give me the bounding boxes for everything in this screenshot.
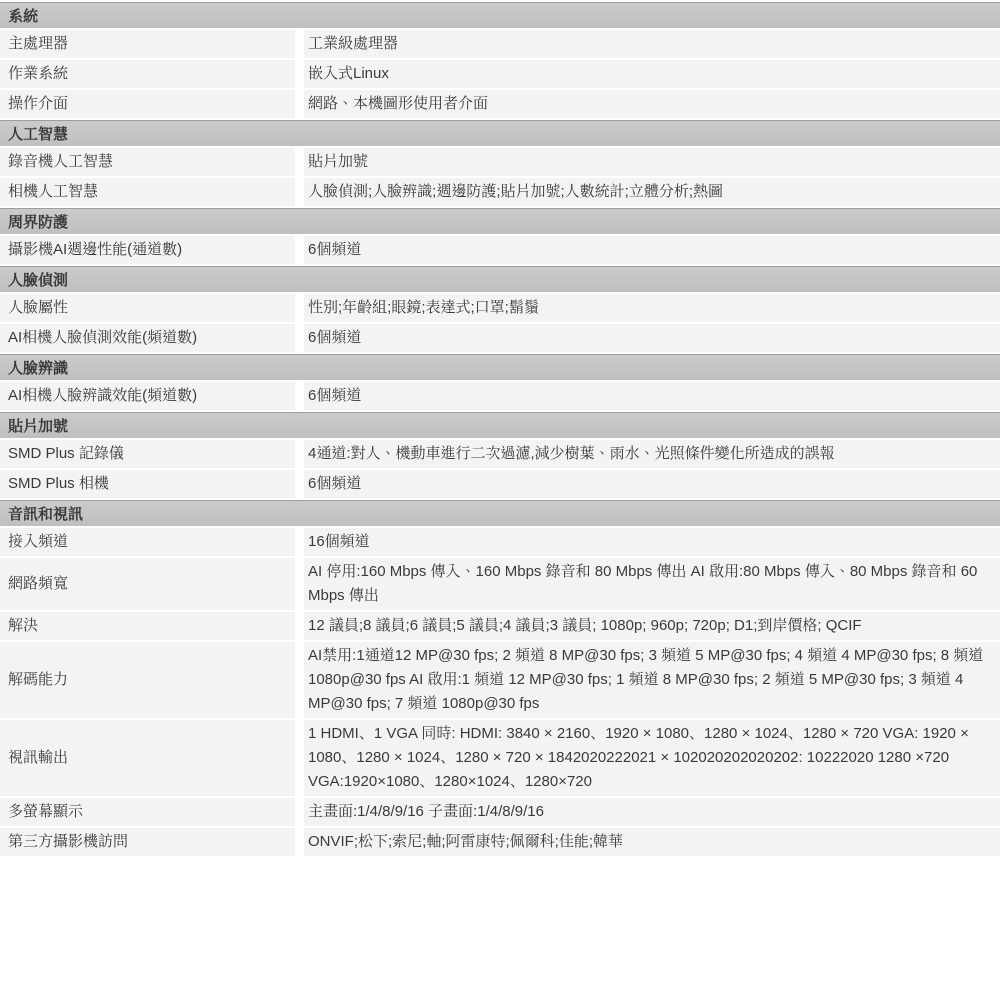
spec-label: SMD Plus 相機 bbox=[0, 470, 295, 498]
spec-row: 視訊輸出1 HDMI、1 VGA 同時: HDMI: 3840 × 2160、1… bbox=[0, 720, 1000, 796]
section-header: 人工智慧 bbox=[0, 120, 1000, 146]
spec-value: 4通道:對人、機動車進行二次過濾,減少樹葉、雨水、光照條件變化所造成的誤報 bbox=[304, 440, 1000, 468]
spec-value: 6個頻道 bbox=[304, 382, 1000, 410]
section-header: 系統 bbox=[0, 2, 1000, 28]
spec-value: 12 議員;8 議員;6 議員;5 議員;4 議員;3 議員; 1080p; 9… bbox=[304, 612, 1000, 640]
spec-value: AI 停用:160 Mbps 傳入、160 Mbps 錄音和 80 Mbps 傳… bbox=[304, 558, 1000, 610]
spec-label: 多螢幕顯示 bbox=[0, 798, 295, 826]
spec-row: 第三方攝影機訪問ONVIF;松下;索尼;軸;阿雷康特;佩爾科;佳能;韓華 bbox=[0, 828, 1000, 856]
spec-label: 解碼能力 bbox=[0, 642, 295, 718]
spec-label: AI相機人臉辨識效能(頻道數) bbox=[0, 382, 295, 410]
section-title: 系統 bbox=[8, 5, 38, 26]
spec-row: 作業系統嵌入式Linux bbox=[0, 60, 1000, 88]
spec-table: 系統主處理器工業級處理器作業系統嵌入式Linux操作介面網路、本機圖形使用者介面… bbox=[0, 0, 1000, 856]
spec-row: SMD Plus 相機6個頻道 bbox=[0, 470, 1000, 498]
spec-row: 操作介面網路、本機圖形使用者介面 bbox=[0, 90, 1000, 118]
spec-row: 解決12 議員;8 議員;6 議員;5 議員;4 議員;3 議員; 1080p;… bbox=[0, 612, 1000, 640]
spec-label: 視訊輸出 bbox=[0, 720, 295, 796]
spec-label: 人臉屬性 bbox=[0, 294, 295, 322]
spec-label: 錄音機人工智慧 bbox=[0, 148, 295, 176]
section-title: 人臉偵測 bbox=[8, 269, 68, 290]
section-title: 音訊和視訊 bbox=[8, 503, 83, 524]
section-title: 人工智慧 bbox=[8, 123, 68, 144]
spec-label: 相機人工智慧 bbox=[0, 178, 295, 206]
spec-row: AI相機人臉偵測效能(頻道數)6個頻道 bbox=[0, 324, 1000, 352]
spec-label: 解決 bbox=[0, 612, 295, 640]
spec-row: 攝影機AI週邊性能(通道數)6個頻道 bbox=[0, 236, 1000, 264]
spec-value: 6個頻道 bbox=[304, 236, 1000, 264]
spec-label: 第三方攝影機訪問 bbox=[0, 828, 295, 856]
spec-value: ONVIF;松下;索尼;軸;阿雷康特;佩爾科;佳能;韓華 bbox=[304, 828, 1000, 856]
spec-row: 解碼能力AI禁用:1通道12 MP@30 fps; 2 頻道 8 MP@30 f… bbox=[0, 642, 1000, 718]
spec-value: AI禁用:1通道12 MP@30 fps; 2 頻道 8 MP@30 fps; … bbox=[304, 642, 1000, 718]
section-title: 人臉辨識 bbox=[8, 357, 68, 378]
spec-value: 1 HDMI、1 VGA 同時: HDMI: 3840 × 2160、1920 … bbox=[304, 720, 1000, 796]
spec-value: 嵌入式Linux bbox=[304, 60, 1000, 88]
spec-label: 攝影機AI週邊性能(通道數) bbox=[0, 236, 295, 264]
spec-value: 性別;年齡組;眼鏡;表達式;口罩;鬍鬚 bbox=[304, 294, 1000, 322]
spec-value: 6個頻道 bbox=[304, 324, 1000, 352]
spec-row: 接入頻道16個頻道 bbox=[0, 528, 1000, 556]
spec-value: 6個頻道 bbox=[304, 470, 1000, 498]
spec-label: 操作介面 bbox=[0, 90, 295, 118]
spec-label: AI相機人臉偵測效能(頻道數) bbox=[0, 324, 295, 352]
spec-value: 工業級處理器 bbox=[304, 30, 1000, 58]
spec-row: 錄音機人工智慧貼片加號 bbox=[0, 148, 1000, 176]
spec-value: 網路、本機圖形使用者介面 bbox=[304, 90, 1000, 118]
spec-value: 貼片加號 bbox=[304, 148, 1000, 176]
spec-label: SMD Plus 記錄儀 bbox=[0, 440, 295, 468]
section-header: 貼片加號 bbox=[0, 412, 1000, 438]
spec-value: 16個頻道 bbox=[304, 528, 1000, 556]
spec-label: 網路頻寬 bbox=[0, 558, 295, 610]
spec-label: 主處理器 bbox=[0, 30, 295, 58]
spec-value: 主畫面:1/4/8/9/16 子畫面:1/4/8/9/16 bbox=[304, 798, 1000, 826]
spec-row: 相機人工智慧人臉偵測;人臉辨識;週邊防護;貼片加號;人數統計;立體分析;熱圖 bbox=[0, 178, 1000, 206]
spec-row: 主處理器工業級處理器 bbox=[0, 30, 1000, 58]
section-header: 音訊和視訊 bbox=[0, 500, 1000, 526]
section-title: 周界防護 bbox=[8, 211, 68, 232]
spec-label: 接入頻道 bbox=[0, 528, 295, 556]
spec-row: AI相機人臉辨識效能(頻道數)6個頻道 bbox=[0, 382, 1000, 410]
spec-row: 人臉屬性性別;年齡組;眼鏡;表達式;口罩;鬍鬚 bbox=[0, 294, 1000, 322]
section-header: 人臉辨識 bbox=[0, 354, 1000, 380]
section-header: 周界防護 bbox=[0, 208, 1000, 234]
spec-row: 多螢幕顯示主畫面:1/4/8/9/16 子畫面:1/4/8/9/16 bbox=[0, 798, 1000, 826]
spec-value: 人臉偵測;人臉辨識;週邊防護;貼片加號;人數統計;立體分析;熱圖 bbox=[304, 178, 1000, 206]
section-title: 貼片加號 bbox=[8, 415, 68, 436]
spec-row: SMD Plus 記錄儀4通道:對人、機動車進行二次過濾,減少樹葉、雨水、光照條… bbox=[0, 440, 1000, 468]
section-header: 人臉偵測 bbox=[0, 266, 1000, 292]
spec-row: 網路頻寬AI 停用:160 Mbps 傳入、160 Mbps 錄音和 80 Mb… bbox=[0, 558, 1000, 610]
spec-label: 作業系統 bbox=[0, 60, 295, 88]
